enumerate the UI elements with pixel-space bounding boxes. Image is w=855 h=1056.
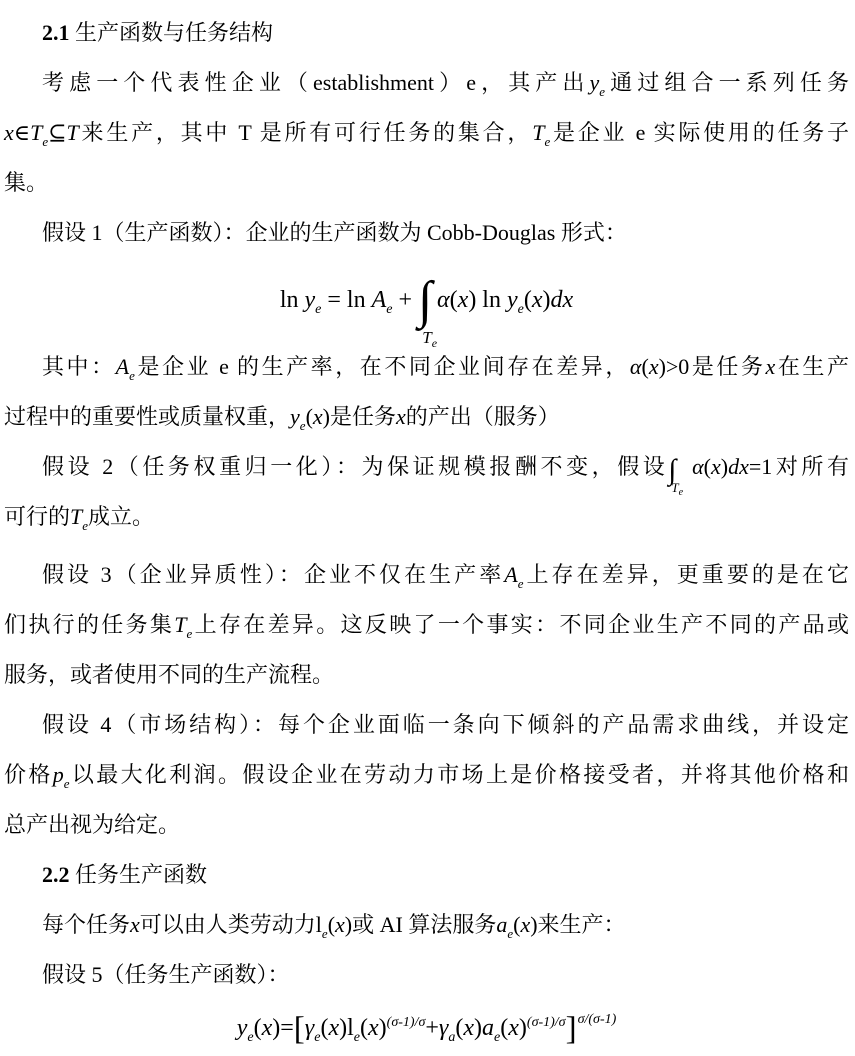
hypothesis3-line-2: 们执行的任务集Te上存在差异。这反映了一个事实：不同企业生产不同的产品或 <box>4 600 849 650</box>
hypothesis2-line-2: 可行的Te成立。 <box>4 492 849 542</box>
intro-line-2: x∈Te⊆T来生产，其中 T 是所有可行任务的集合，Te是企业 e 实际使用的任… <box>4 108 849 158</box>
document-page: 2.1 生产函数与任务结构考虑一个代表性企业（establishment）e，其… <box>0 0 855 1056</box>
formula-cobb-douglas: ln ye = ln Ae + ∫Teα(x) ln ye(x)dx <box>4 258 849 342</box>
hypothesis2-line-1: 假设 2（任务权重归一化）：为保证规模报酬不变，假设∫Te α(x)dx=1对所… <box>4 442 849 492</box>
formula-task-production: ye(x)=[γe(x)le(x)(σ-1)/σ+γa(x)ae(x)(σ-1)… <box>4 1000 849 1056</box>
task-intro-line: 每个任务x可以由人类劳动力le(x)或 AI 算法服务ae(x)来生产： <box>4 900 849 950</box>
hypothesis1-line: 假设 1（生产函数）：企业的生产函数为 Cobb-Douglas 形式： <box>4 208 849 258</box>
hypothesis4-line-3: 总产出视为给定。 <box>4 800 849 850</box>
hypothesis5-line: 假设 5（任务生产函数）： <box>4 950 849 1000</box>
hypothesis3-line-1: 假设 3（企业异质性）：企业不仅在生产率Ae上存在差异，更重要的是在它 <box>4 550 849 600</box>
intro-line-3: 集。 <box>4 158 849 208</box>
intro-line-1: 考虑一个代表性企业（establishment）e，其产出ye通过组合一系列任务 <box>4 58 849 108</box>
where-line-1: 其中：Ae是企业 e 的生产率，在不同企业间存在差异，α(x)>0是任务x在生产 <box>4 342 849 392</box>
section-heading-2-2: 2.2 任务生产函数 <box>4 850 849 900</box>
where-line-2: 过程中的重要性或质量权重，ye(x)是任务x的产出（服务） <box>4 392 849 442</box>
hypothesis4-line-1: 假设 4（市场结构）：每个企业面临一条向下倾斜的产品需求曲线，并设定 <box>4 700 849 750</box>
hypothesis4-line-2: 价格pe以最大化利润。假设企业在劳动力市场上是价格接受者，并将其他价格和 <box>4 750 849 800</box>
hypothesis3-line-3: 服务，或者使用不同的生产流程。 <box>4 650 849 700</box>
section-heading-2-1: 2.1 生产函数与任务结构 <box>4 8 849 58</box>
